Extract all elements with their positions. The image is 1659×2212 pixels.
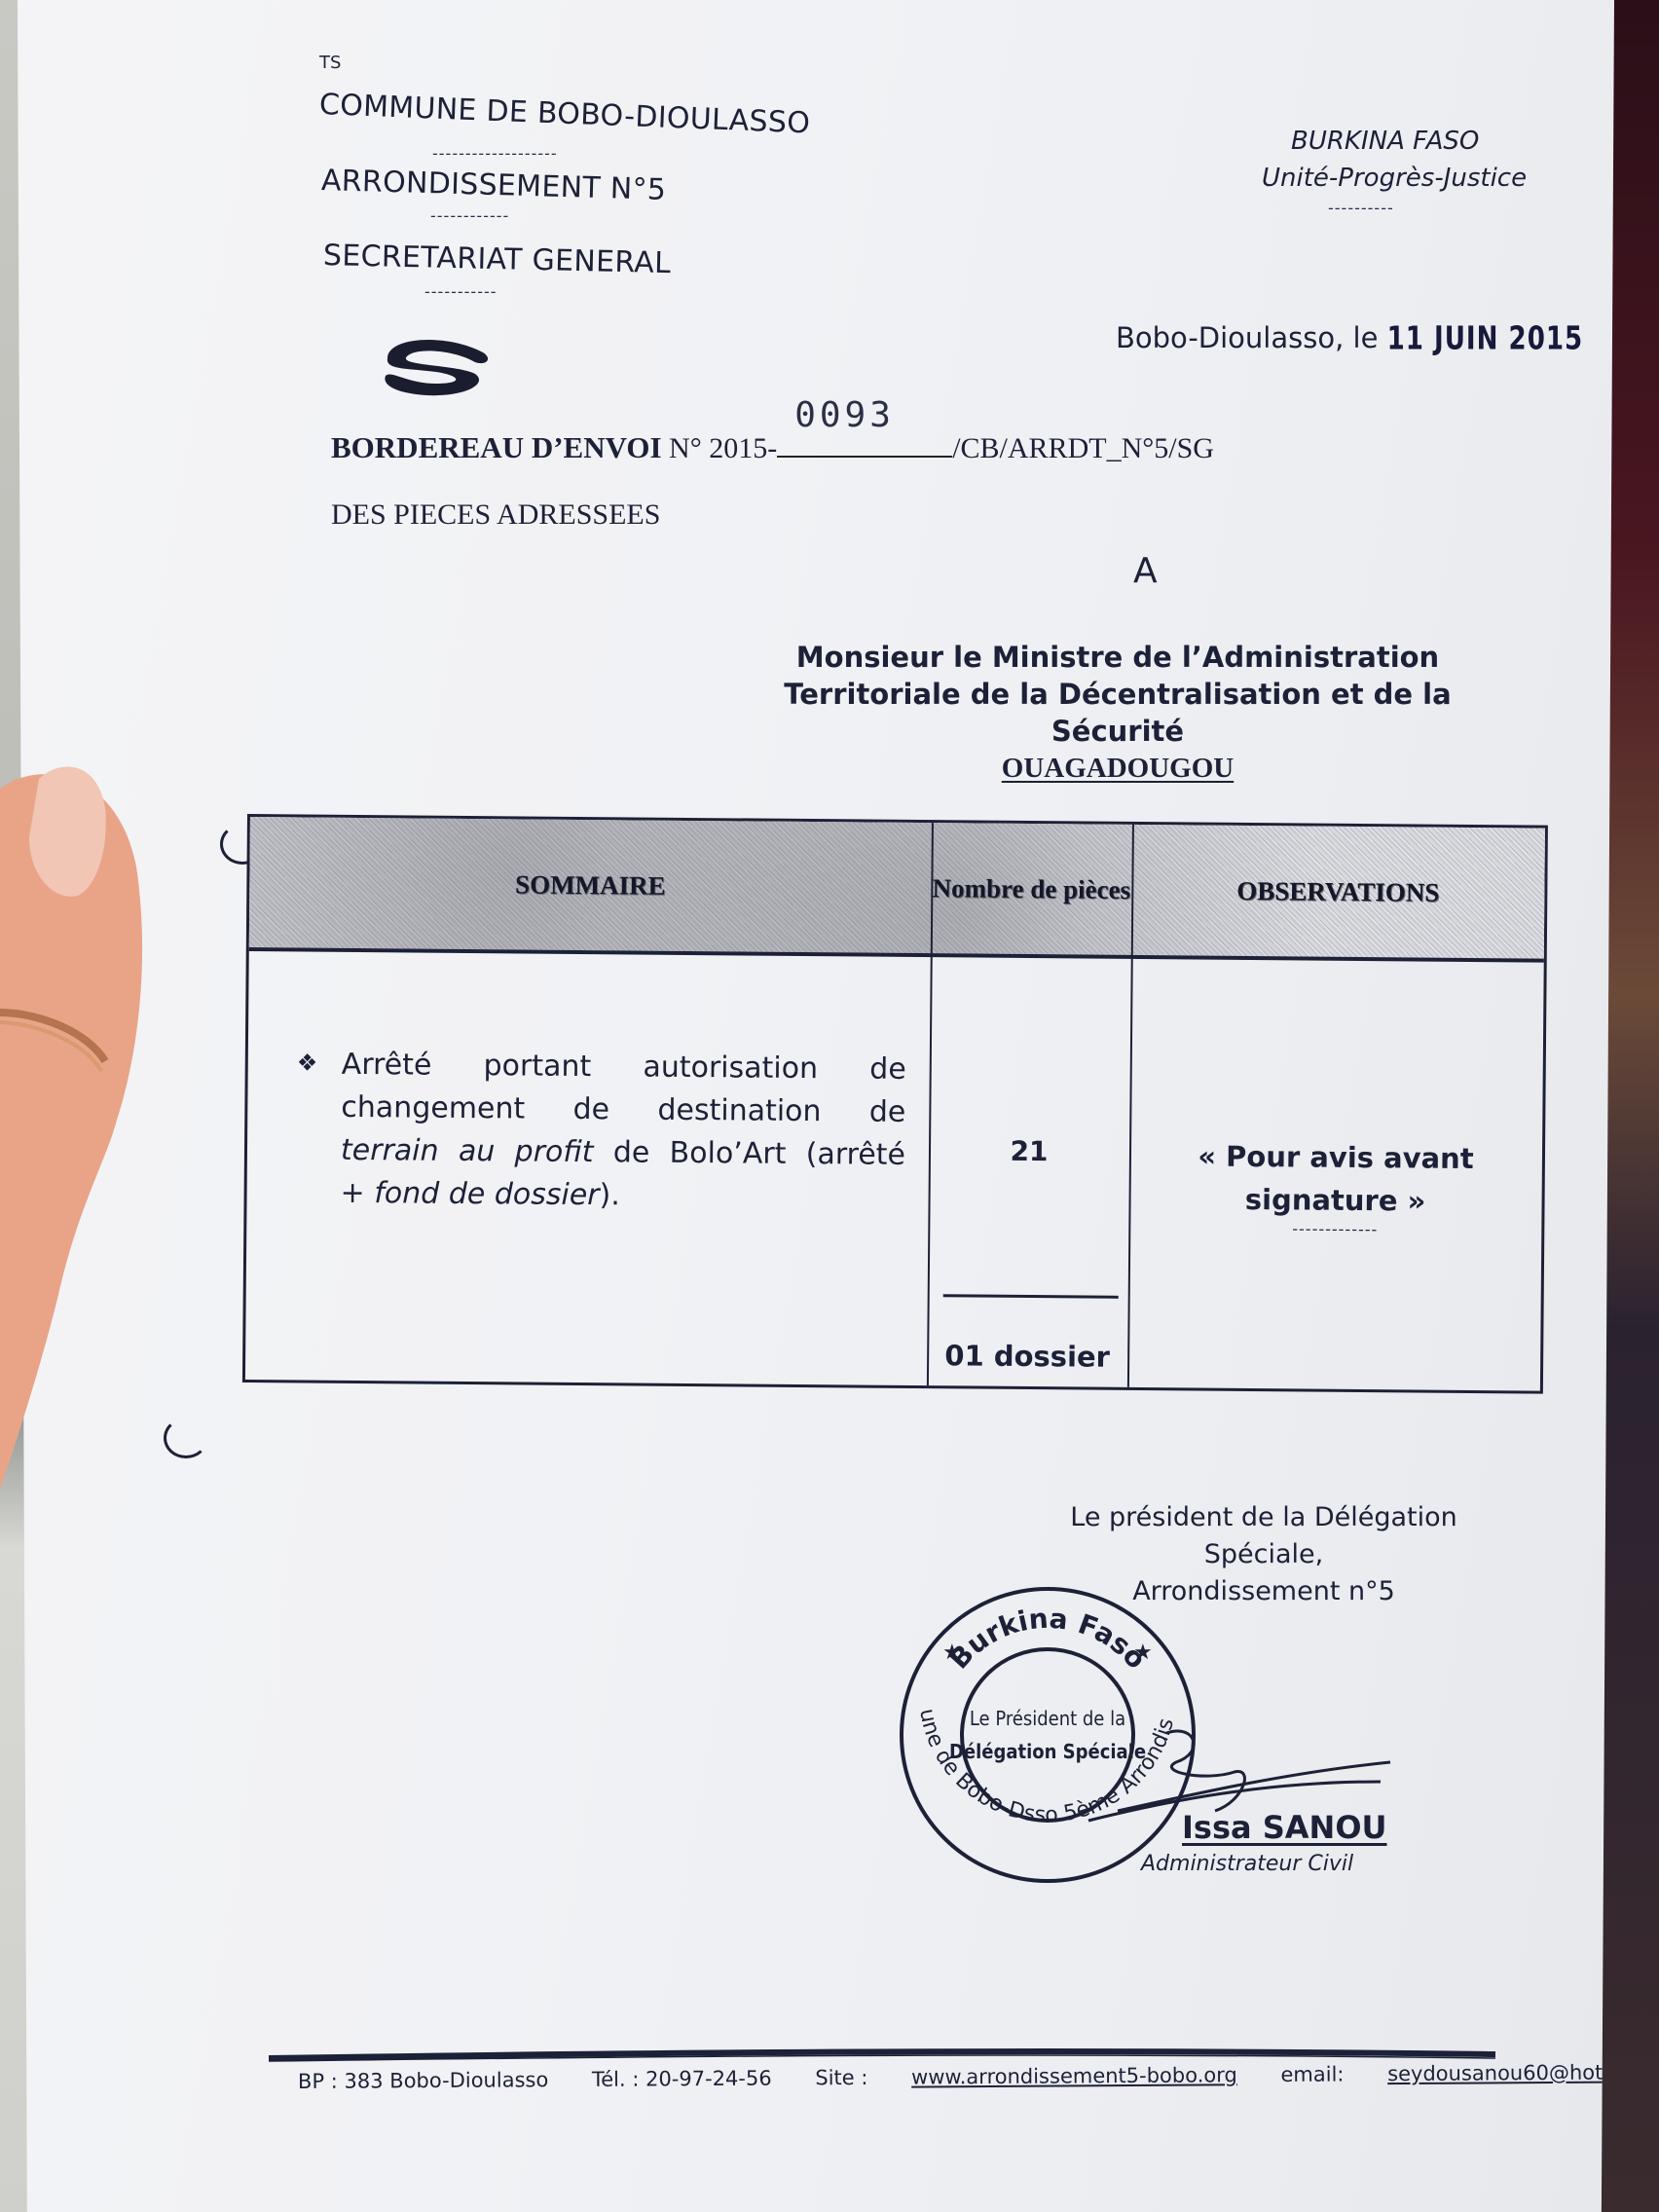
diamond-bullet-icon: ❖ (297, 1041, 318, 1084)
header-separator: ----------- (424, 282, 498, 301)
bordereau-number-field: 0093 (777, 428, 952, 458)
sommaire-line: changement de destination de (341, 1087, 905, 1134)
svg-text:★: ★ (1133, 1641, 1153, 1665)
svg-text:Burkina Faso: Burkina Faso (942, 1603, 1153, 1676)
header-separator: ------------ (430, 206, 509, 225)
footer-rule (269, 2048, 1495, 2062)
footer-contacts: BP : 383 Bobo-Dioulasso Tél. : 20-97-24-… (298, 2060, 1659, 2093)
recipient-line-2: Territoriale de la Décentralisation et d… (728, 676, 1507, 750)
header-separator: ------------------- (432, 144, 558, 163)
table-row-count: 21 (929, 1134, 1129, 1168)
bordereau-handwritten-number: 0093 (794, 395, 895, 435)
bordereau-title: BORDEREAU D’ENVOI (331, 430, 662, 464)
header-code: TS (319, 53, 341, 73)
bordereau-subtitle: DES PIECES ADRESSEES (331, 498, 660, 532)
table-row-total: 01 dossier (927, 1339, 1127, 1374)
header-arrondissement: ARRONDISSEMENT N°5 (321, 164, 667, 207)
header-observations: OBSERVATIONS (1131, 825, 1545, 959)
country-motto: Unité-Progrès-Justice (1262, 164, 1527, 193)
date-place: Bobo-Dioulasso, le (1116, 321, 1378, 354)
recipient-line-1: Monsieur le Ministre de l’Administration (728, 639, 1507, 676)
header-sommaire: SOMMAIRE (249, 817, 932, 953)
country-name: BURKINA FASO (1291, 127, 1479, 156)
header-nombre-pieces: Nombre de pièces (931, 823, 1132, 955)
table-row-observations: « Pour avis avant signature » (1128, 1134, 1542, 1224)
sommaire-line: Arrêté portant autorisation de (342, 1044, 906, 1091)
sommaire-line: + fond de dossier). (340, 1172, 904, 1220)
footer-phone: Tél. : 20-97-24-56 (592, 2067, 772, 2091)
recipient-to-label: A (1133, 551, 1158, 591)
thumb-photo-element (0, 750, 146, 1490)
punch-hole-mark (164, 1418, 208, 1458)
date-stamp: 11 JUIN 2015 (1387, 318, 1584, 356)
bordereau-number-suffix: /CB/ARRDT_N°5/SG (952, 432, 1214, 464)
header-commune: COMMUNE DE BOBO-DIOULASSO (318, 88, 810, 140)
total-rule (943, 1294, 1119, 1299)
signatory-role: Administrateur Civil (1141, 1852, 1353, 1876)
document-page: TS COMMUNE DE BOBO-DIOULASSO -----------… (18, 0, 1614, 2212)
items-table: SOMMAIRE Nombre de pièces OBSERVATIONS ❖… (242, 814, 1546, 1392)
recipient-block: Monsieur le Ministre de l’Administration… (728, 639, 1507, 787)
observations-separator: ------------- (1128, 1218, 1541, 1240)
footer-site-link[interactable]: www.arrondissement5-bobo.org (911, 2063, 1237, 2088)
bordereau-reference: BORDEREAU D’ENVOI N° 2015-0093/CB/ARRDT_… (331, 428, 1214, 465)
sommaire-line: terrain au profit de Bolo’Art (arrêté (341, 1129, 905, 1177)
header-service: SECRETARIAT GENERAL (323, 239, 672, 280)
logo-stamp-icon (368, 327, 504, 401)
header-separator: ---------- (1328, 199, 1394, 217)
bordereau-number-prefix: N° 2015- (669, 432, 777, 464)
recipient-city: OUAGADOUGOU (728, 750, 1507, 787)
table-row-sommaire: ❖ Arrêté portant autorisation de changem… (340, 1044, 906, 1220)
table-border: SOMMAIRE Nombre de pièces OBSERVATIONS ❖… (242, 814, 1548, 1394)
date-line: Bobo-Dioulasso, le 11 JUIN 2015 (1116, 321, 1583, 354)
footer-address: BP : 383 Bobo-Dioulasso (298, 2068, 548, 2093)
signatory-name: Issa SANOU (1182, 1809, 1387, 1846)
svg-text:★: ★ (942, 1641, 962, 1665)
footer-site: Site : www.arrondissement5-bobo.org (815, 2063, 1237, 2089)
